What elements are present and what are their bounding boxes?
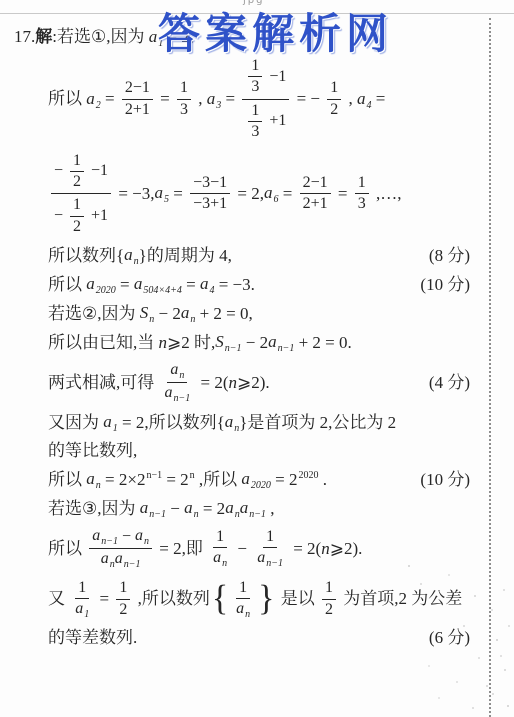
fraction: 12	[322, 578, 336, 620]
text-run: =	[156, 88, 174, 110]
text-run: :若选①,因为	[52, 26, 148, 48]
text-run: .	[319, 469, 328, 491]
text-run: ,…,	[372, 183, 402, 205]
text-run: 所以	[48, 469, 86, 491]
watermark: 答案解析网	[158, 1, 393, 61]
math-variable: an	[135, 527, 149, 547]
fraction: 12	[70, 151, 84, 193]
text-run: 2	[119, 601, 127, 619]
math-variable: an−1	[268, 331, 294, 354]
text-run: − 2	[242, 332, 269, 354]
line-content: 若选②,因为 Sn − 2an + 2 = 0,	[48, 302, 253, 325]
text-run: 1	[73, 152, 81, 170]
text-run: = 2(	[196, 372, 228, 394]
solution-line: 两式相减,可得 anan−1 = 2(n⩾2).(4 分)	[48, 360, 476, 405]
text-run: 2	[330, 101, 338, 119]
math-variable: an	[101, 550, 115, 570]
line-content: 所以 a2 = 2−12+1 = 13 , a3 = 13 −113 +1 = …	[48, 55, 385, 144]
text-run: 又因为	[48, 412, 103, 434]
text-run: 所以数列{	[48, 245, 124, 267]
solution-line: 的等差数列.(6 分)	[48, 627, 476, 649]
text-run: =	[95, 588, 113, 610]
scanned-answer-page: jpg 答案解析网 17.解:若选①,因为 a1 = 2,所以 a2 = 2−1…	[0, 0, 514, 717]
math-variable: n	[321, 538, 330, 560]
text-run: 的等比数列,	[48, 440, 137, 462]
solution-line: 若选②,因为 Sn − 2an + 2 = 0,	[48, 302, 476, 325]
text-run: −1	[87, 162, 108, 180]
text-run: 1	[330, 79, 338, 97]
line-content: 若选③,因为 an−1 − an = 2anan−1 ,	[48, 497, 274, 520]
text-run: 1	[239, 579, 247, 597]
text-run: 1	[266, 528, 274, 546]
column-divider-dotted-line	[489, 18, 491, 717]
math-power: 2n−1	[137, 469, 162, 491]
math-variable: Sn	[140, 302, 155, 325]
text-run: ,所以	[195, 469, 242, 491]
text-run: 的等差数列.	[48, 627, 137, 649]
text-run: =	[278, 183, 296, 205]
text-run: 1	[251, 102, 259, 120]
big-brace: {	[212, 576, 228, 622]
text-run: −	[54, 207, 67, 225]
fraction: 1an−1	[254, 527, 286, 570]
math-variable: an	[236, 600, 250, 620]
text-run: 1	[78, 579, 86, 597]
math-variable: a1	[103, 411, 118, 434]
text-run: +1	[87, 207, 108, 225]
math-variable: a5	[155, 182, 170, 205]
fraction: 12	[327, 78, 341, 120]
text-run: = 2×	[101, 469, 137, 491]
score-label: (10 分)	[420, 274, 476, 296]
text-run: 又	[48, 588, 69, 610]
math-variable: an	[170, 361, 184, 381]
math-power: 22020	[289, 469, 319, 491]
math-variable: an−1	[92, 527, 118, 547]
text-run: =	[221, 88, 239, 110]
math-variable: a3	[207, 88, 222, 111]
text-run: 所以	[48, 538, 86, 560]
fraction: −3−1−3+1	[190, 173, 230, 215]
math-variable: a6	[264, 182, 279, 205]
fraction: 2−12+1	[122, 78, 153, 120]
text-run: =	[169, 183, 187, 205]
text-run: 1	[325, 579, 333, 597]
math-variable: a504×4+4	[134, 273, 182, 296]
text-run: ⩾2 时,	[167, 332, 215, 354]
solution-line: 所以由已知,当 n⩾2 时,Sn−1 − 2an−1 + 2 = 0.	[48, 331, 476, 354]
text-run: 所以由已知,当	[48, 332, 159, 354]
line-content: 所以 an−1 − ananan−1 = 2,即 1an − 1an−1 = 2…	[48, 526, 362, 571]
math-variable: an	[86, 468, 101, 491]
text-run: 3	[180, 101, 188, 119]
line-content: 的等差数列.	[48, 627, 137, 649]
text-run: =	[162, 469, 180, 491]
text-run: −1	[265, 68, 286, 86]
math-variable: n	[159, 332, 168, 354]
text-run: }的周期为 4,	[139, 245, 232, 267]
fraction: 2−12+1	[300, 173, 331, 215]
text-run: = −3,	[114, 183, 154, 205]
text-run: 若选③,因为	[48, 498, 140, 520]
text-run: 1	[358, 174, 366, 192]
line-content: 又 1a1 = 12 ,所以数列{1an} 是以 12 为首项,2 为公差	[48, 577, 462, 621]
text-run: 所以	[48, 88, 86, 110]
text-run: =	[372, 88, 386, 110]
text-run: =	[271, 469, 289, 491]
text-run: 2	[73, 218, 81, 236]
math-variable: a4	[200, 273, 215, 296]
text-run: ,所以数列	[133, 588, 210, 610]
solution-line: 所以数列{an}的周期为 4,(8 分)	[48, 244, 476, 267]
text-run: −	[166, 498, 184, 520]
math-variable: an	[225, 497, 240, 520]
score-label: (6 分)	[429, 627, 476, 649]
solution-body: 17.解:若选①,因为 a1 = 2,所以 a2 = 2−12+1 = 13 ,…	[0, 12, 476, 656]
text-run: =	[334, 183, 352, 205]
fraction: 1a1	[72, 578, 92, 621]
text-run: 2−1	[125, 79, 150, 97]
line-content: − 12 −1− 12 +1 = −3,a5 = −3−1−3+1 = 2,a6…	[48, 150, 401, 239]
solution-line: 又 1a1 = 12 ,所以数列{1an} 是以 12 为首项,2 为公差	[48, 577, 476, 621]
math-variable: an−1	[240, 497, 266, 520]
solution-line: 所以 a2 = 2−12+1 = 13 , a3 = 13 −113 +1 = …	[48, 55, 476, 144]
fraction: − 12 −1− 12 +1	[51, 150, 111, 239]
text-run: = 2,	[233, 183, 264, 205]
text-run: =	[182, 274, 200, 296]
math-variable: n	[229, 372, 238, 394]
math-variable: Sn−1	[215, 331, 241, 354]
fraction: 1an	[233, 578, 253, 621]
text-run: 两式相减,可得	[48, 372, 159, 394]
text-run: = 2,即	[155, 538, 207, 560]
text-run: −3−1	[193, 174, 227, 192]
text-run: 1	[180, 79, 188, 97]
text-run: + 2 = 0.	[294, 332, 351, 354]
line-content: 所以 an = 2×2n−1 = 2n ,所以 a2020 = 22020 .	[48, 468, 327, 491]
text-run: −3+1	[193, 195, 227, 213]
text-run: 3	[358, 195, 366, 213]
fraction: 13	[177, 78, 191, 120]
math-power: 2n	[180, 469, 195, 491]
text-run: 2	[325, 601, 333, 619]
text-run: ,	[344, 88, 357, 110]
text-run: = 2	[199, 498, 226, 520]
math-variable: an	[184, 497, 199, 520]
text-run: 若选②,因为	[48, 303, 140, 325]
math-variable: an	[225, 411, 240, 434]
math-variable: an	[181, 302, 196, 325]
text-run: }是首项为 2,公比为 2	[239, 412, 396, 434]
text-run: 2−1	[303, 174, 328, 192]
fraction: 1an	[210, 527, 230, 570]
fraction: 13	[248, 101, 262, 143]
text-run: 1	[119, 579, 127, 597]
math-variable: an	[213, 549, 227, 569]
text-run: −	[118, 528, 135, 546]
text-run: −	[54, 162, 67, 180]
fraction: 12	[70, 195, 84, 237]
solution-line: 所以 an−1 − ananan−1 = 2,即 1an − 1an−1 = 2…	[48, 526, 476, 571]
text-run: + 2 = 0,	[195, 303, 252, 325]
solution-line: − 12 −1− 12 +1 = −3,a5 = −3−1−3+1 = 2,a6…	[48, 150, 476, 239]
text-run: −	[233, 538, 251, 560]
text-run: ⩾2).	[237, 372, 270, 394]
line-content: 所以由已知,当 n⩾2 时,Sn−1 − 2an−1 + 2 = 0.	[48, 331, 352, 354]
text-run: 2	[73, 173, 81, 191]
score-label: (10 分)	[420, 469, 476, 491]
solution-line: 所以 an = 2×2n−1 = 2n ,所以 a2020 = 22020 .(…	[48, 468, 476, 491]
math-variable: a4	[357, 88, 372, 111]
text-run: ,	[194, 88, 207, 110]
text-run: = 2(	[289, 538, 321, 560]
text-run: = 2,所以数列{	[118, 412, 225, 434]
math-variable: an	[124, 244, 139, 267]
fraction: 13	[248, 56, 262, 98]
text-run: 1	[216, 528, 224, 546]
math-variable: an−1	[165, 384, 191, 404]
text-run: 17.	[14, 26, 35, 48]
text-run: 为首项,2 为公差	[339, 588, 462, 610]
line-content: 所以 a2020 = a504×4+4 = a4 = −3.	[48, 273, 255, 296]
math-variable: an−1	[115, 550, 141, 570]
fraction: an−1 − ananan−1	[89, 526, 152, 571]
text-run: 2+1	[125, 101, 150, 119]
text-run: +1	[265, 112, 286, 130]
text-run: 1	[73, 196, 81, 214]
math-variable: a2	[86, 88, 101, 111]
solution-line: 若选③,因为 an−1 − an = 2anan−1 ,	[48, 497, 476, 520]
line-content: 所以数列{an}的周期为 4,	[48, 244, 232, 267]
math-variable: an−1	[140, 497, 166, 520]
fraction: 12	[116, 578, 130, 620]
math-variable: an−1	[257, 549, 283, 569]
fraction: 13 −113 +1	[242, 55, 289, 144]
text-run: = −	[292, 88, 324, 110]
solution-line: 又因为 a1 = 2,所以数列{an}是首项为 2,公比为 2	[48, 411, 476, 434]
text-run: = −3.	[214, 274, 254, 296]
solution-line: 所以 a2020 = a504×4+4 = a4 = −3.(10 分)	[48, 273, 476, 296]
fraction: anan−1	[162, 360, 194, 405]
text-run: 3	[251, 78, 259, 96]
solution-line: 的等比数列,	[48, 440, 476, 462]
score-label: (4 分)	[429, 372, 476, 394]
math-variable: a1	[75, 600, 89, 620]
text-run: =	[101, 88, 119, 110]
line-content: 又因为 a1 = 2,所以数列{an}是首项为 2,公比为 2	[48, 411, 396, 434]
text-run: ⩾2).	[330, 538, 363, 560]
text-run: − 2	[154, 303, 181, 325]
text-run: 所以	[48, 274, 86, 296]
solution-keyword: 解	[35, 26, 52, 48]
text-run: 是以	[277, 588, 320, 610]
big-brace: }	[258, 576, 274, 622]
text-run: 3	[251, 123, 259, 141]
line-content: 的等比数列,	[48, 440, 137, 462]
line-content: 两式相减,可得 anan−1 = 2(n⩾2).	[48, 360, 270, 405]
fraction: 13	[355, 173, 369, 215]
text-run: ,	[266, 498, 275, 520]
text-run: =	[116, 274, 134, 296]
math-variable: a2020	[241, 468, 271, 491]
math-variable: a2020	[86, 273, 116, 296]
text-run: 2+1	[303, 195, 328, 213]
score-label: (8 分)	[429, 245, 476, 267]
